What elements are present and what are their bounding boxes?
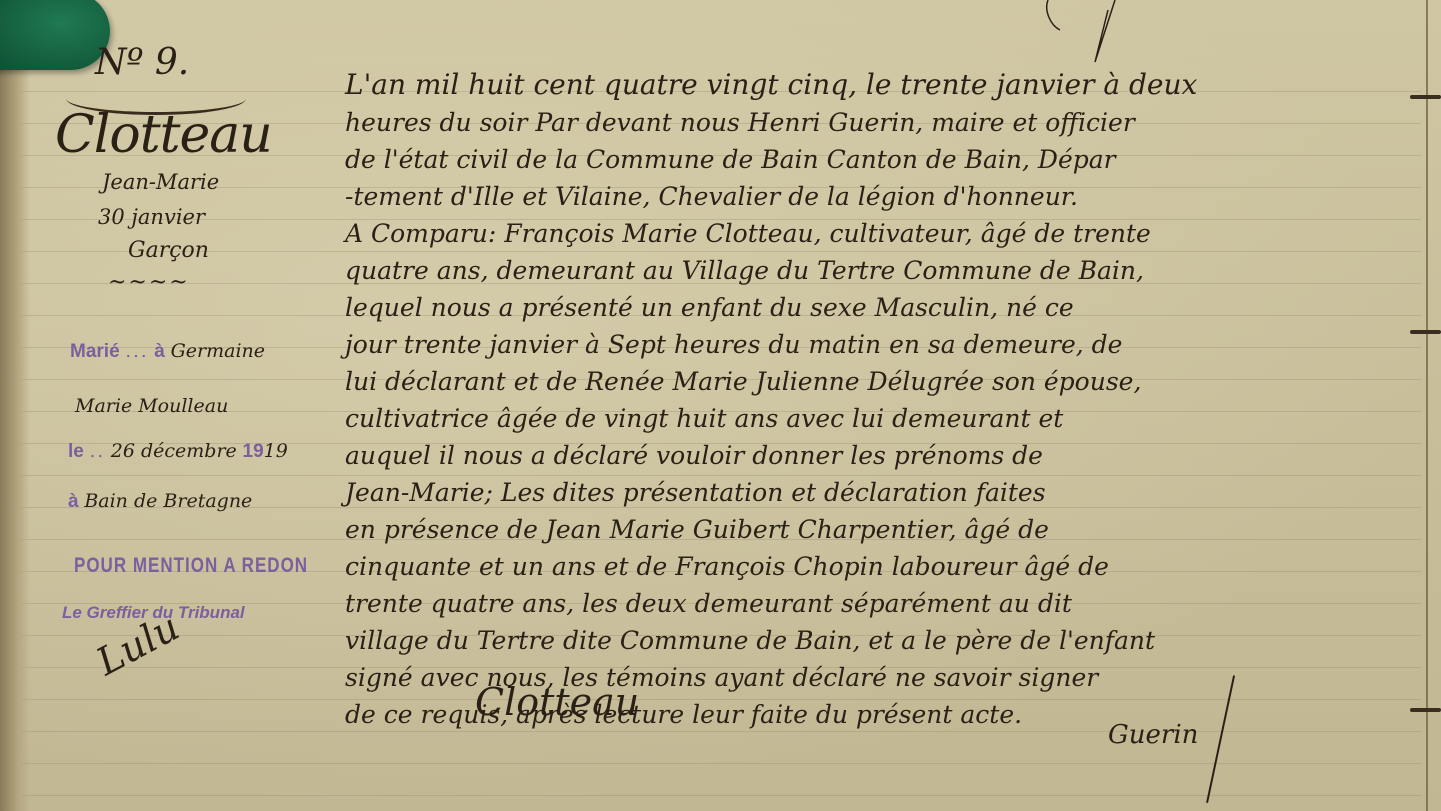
stamp-pour-mention: POUR MENTION A REDON bbox=[74, 553, 308, 578]
previous-entry-signature-strokes bbox=[1040, 0, 1140, 70]
margin-surname: Clotteau bbox=[55, 105, 272, 165]
margin-flourish: ~~~~ bbox=[108, 270, 190, 295]
margin-given-names: Jean-Marie bbox=[102, 170, 219, 194]
mention-place-row: à Bain de Bretagne bbox=[68, 490, 252, 513]
binding-stitch bbox=[1410, 708, 1441, 712]
body-line: A Comparu: François Marie Clotteau, cult… bbox=[345, 219, 1151, 248]
body-line: de ce requis, après lecture leur faite d… bbox=[345, 700, 1022, 729]
body-line: signé avec nous, les témoins ayant décla… bbox=[345, 663, 1098, 692]
le-label: le bbox=[68, 441, 84, 462]
body-line: L'an mil huit cent quatre vingt cinq, le… bbox=[345, 68, 1197, 101]
mention-date-row: le .. 26 décembre 1919 bbox=[68, 440, 288, 463]
dots: .. bbox=[90, 441, 105, 462]
body-line: auquel il nous a déclaré vouloir donner … bbox=[345, 441, 1043, 470]
body-line: -tement d'Ille et Vilaine, Chevalier de … bbox=[345, 182, 1078, 211]
binding-stitch bbox=[1410, 330, 1441, 334]
body-line: Jean-Marie; Les dites présentation et dé… bbox=[345, 478, 1046, 507]
dots: ... bbox=[125, 341, 148, 362]
body-line: en présence de Jean Marie Guibert Charpe… bbox=[345, 515, 1049, 544]
mention-spouse-row: Marie Moulleau bbox=[75, 395, 228, 417]
body-line: heures du soir Par devant nous Henri Gue… bbox=[345, 108, 1135, 137]
marriage-place: Bain de Bretagne bbox=[84, 490, 252, 512]
mention-married-row: Marié ... à Germaine bbox=[70, 340, 265, 363]
married-label: Marié bbox=[70, 341, 120, 362]
body-line: cinquante et un ans et de François Chopi… bbox=[345, 552, 1109, 581]
green-bookmark-tab bbox=[0, 0, 110, 70]
body-line: lui déclarant et de Renée Marie Julienne… bbox=[345, 367, 1141, 396]
body-line: quatre ans, demeurant au Village du Tert… bbox=[345, 256, 1144, 285]
spouse-name: Marie Moulleau bbox=[75, 395, 228, 417]
a-label: à bbox=[154, 341, 165, 362]
marriage-year-handwritten: 19 bbox=[264, 440, 288, 462]
father-signature: Clotteau bbox=[475, 680, 639, 724]
spouse-first-name: Germaine bbox=[171, 340, 265, 362]
body-line: cultivatrice âgée de vingt huit ans avec… bbox=[345, 404, 1063, 433]
body-line: trente quatre ans, les deux demeurant sé… bbox=[345, 589, 1072, 618]
body-line: village du Tertre dite Commune de Bain, … bbox=[345, 626, 1155, 655]
margin-sex: Garçon bbox=[128, 238, 209, 263]
marriage-year-printed: 19 bbox=[243, 441, 264, 462]
page-gutter-shadow bbox=[0, 60, 30, 811]
body-line: jour trente janvier à Sept heures du mat… bbox=[345, 330, 1122, 359]
body-line: lequel nous a présenté un enfant du sexe… bbox=[345, 293, 1074, 322]
binding-stitch bbox=[1410, 95, 1441, 99]
binding-margin-line bbox=[1426, 0, 1428, 811]
body-line: de l'état civil de la Commune de Bain Ca… bbox=[345, 145, 1116, 174]
entry-number: Nº 9. bbox=[95, 42, 189, 83]
register-page: Nº 9. Clotteau Jean-Marie 30 janvier Gar… bbox=[0, 0, 1441, 811]
a-label: à bbox=[68, 491, 79, 512]
margin-birth-date: 30 janvier bbox=[98, 205, 205, 229]
marriage-date: 26 décembre bbox=[111, 440, 237, 462]
